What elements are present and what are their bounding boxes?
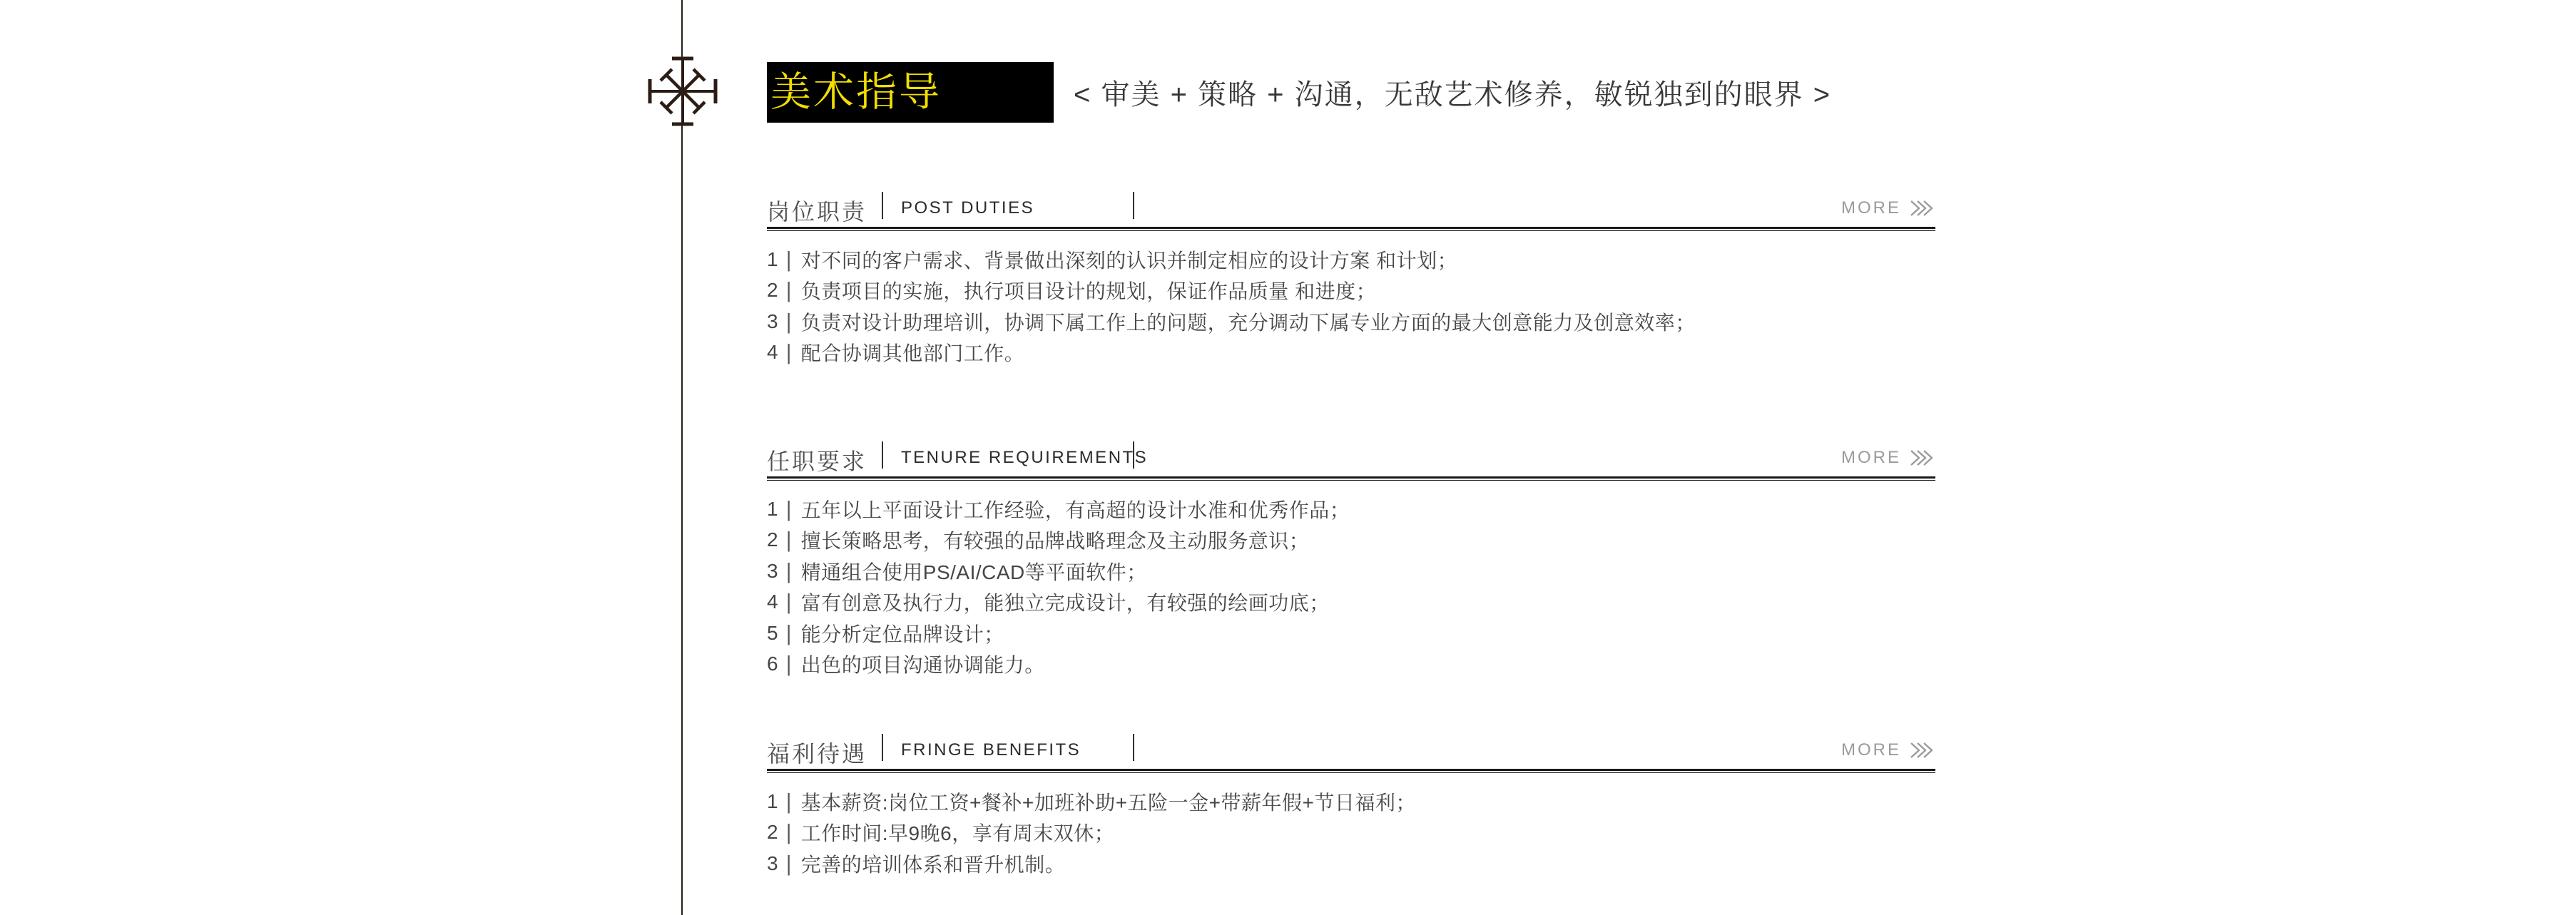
- section-divider: [767, 227, 1935, 231]
- more-link[interactable]: MORE: [1841, 198, 1938, 218]
- item-text: 精通组合使用PS/AI/CAD等平面软件；: [801, 557, 1147, 586]
- more-label: MORE: [1841, 198, 1901, 218]
- section-title-en: FRINGE BENEFITS: [901, 740, 1081, 760]
- item-text: 五年以上平面设计工作经验，有高超的设计水准和优秀作品；: [801, 495, 1350, 523]
- item-text: 负责项目的实施，执行项目设计的规划，保证作品质量 和进度；: [801, 276, 1376, 305]
- requirement-list: 1|五年以上平面设计工作经验，有高超的设计水准和优秀作品；2|擅长策略思考，有较…: [767, 494, 1943, 680]
- list-item: 1|对不同的客户需求、背景做出深刻的认识并制定相应的设计方案 和计划；: [767, 244, 1943, 275]
- section-divider: [767, 476, 1935, 481]
- item-number: 3: [767, 852, 780, 875]
- section-divider: [767, 769, 1935, 773]
- item-separator: |: [786, 309, 792, 334]
- section-header: 任职要求 TENURE REQUIREMENTS MORE: [767, 441, 1943, 476]
- item-text: 能分析定位品牌设计；: [801, 619, 1004, 648]
- section-title-en: POST DUTIES: [901, 198, 1034, 218]
- duty-list: 1|对不同的客户需求、背景做出深刻的认识并制定相应的设计方案 和计划；2|负责项…: [767, 244, 1943, 368]
- main-content: 美术指导 < 审美 + 策略 + 沟通，无敌艺术修养，敏锐独到的眼界 > 岗位职…: [767, 0, 1943, 915]
- item-text: 擅长策略思考，有较强的品牌战略理念及主动服务意识；: [801, 526, 1310, 554]
- header-divider-bar: [1133, 192, 1134, 219]
- section-header: 岗位职责 POST DUTIES MORE: [767, 191, 1943, 227]
- item-text: 工作时间:早9晚6，享有周末双休；: [801, 818, 1114, 847]
- list-item: 3|负责对设计助理培训，协调下属工作上的问题，充分调动下属专业方面的最大创意能力…: [767, 306, 1943, 337]
- item-separator: |: [786, 820, 792, 845]
- item-number: 3: [767, 310, 780, 333]
- item-text: 出色的项目沟通协调能力。: [801, 650, 1045, 678]
- list-item: 5|能分析定位品牌设计；: [767, 618, 1943, 649]
- item-separator: |: [786, 496, 792, 521]
- job-subtitle: < 审美 + 策略 + 沟通，无敌艺术修养，敏锐独到的眼界 >: [1074, 72, 1831, 113]
- item-text: 基本薪资:岗位工资+餐补+加班补助+五险一金+带薪年假+节日福利；: [801, 787, 1416, 816]
- more-link[interactable]: MORE: [1841, 740, 1938, 760]
- item-text: 富有创意及执行力，能独立完成设计，有较强的绘画功底；: [801, 588, 1330, 616]
- item-text: 对不同的客户需求、背景做出深刻的认识并制定相应的设计方案 和计划；: [801, 245, 1457, 274]
- list-item: 1|五年以上平面设计工作经验，有高超的设计水准和优秀作品；: [767, 494, 1943, 525]
- list-item: 3|完善的培训体系和晋升机制。: [767, 848, 1943, 879]
- item-separator: |: [786, 590, 792, 615]
- more-label: MORE: [1841, 740, 1901, 760]
- list-item: 6|出色的项目沟通协调能力。: [767, 649, 1943, 680]
- header-divider-bar: [1133, 734, 1134, 761]
- more-label: MORE: [1841, 448, 1901, 468]
- section-header: 福利待遇 FRINGE BENEFITS MORE: [767, 733, 1943, 769]
- item-number: 2: [767, 279, 780, 302]
- item-number: 4: [767, 341, 780, 364]
- item-separator: |: [786, 340, 792, 365]
- item-number: 4: [767, 591, 780, 613]
- section-fringe-benefits: 福利待遇 FRINGE BENEFITS MORE 1|基本薪资:: [767, 733, 1943, 769]
- section-title-en: TENURE REQUIREMENTS: [901, 448, 1148, 468]
- triple-chevron-right-icon: [1910, 199, 1938, 218]
- item-number: 5: [767, 622, 780, 645]
- job-title-header: 美术指导 < 审美 + 策略 + 沟通，无敌艺术修养，敏锐独到的眼界 >: [767, 62, 1831, 123]
- item-number: 1: [767, 248, 780, 271]
- item-separator: |: [786, 652, 792, 677]
- job-posting-page: 美术指导 < 审美 + 策略 + 沟通，无敌艺术修养，敏锐独到的眼界 > 岗位职…: [0, 0, 2576, 915]
- triple-chevron-right-icon: [1910, 741, 1938, 760]
- job-title: 美术指导: [770, 72, 942, 113]
- item-number: 1: [767, 498, 780, 521]
- item-separator: |: [786, 278, 792, 303]
- item-separator: |: [786, 247, 792, 272]
- header-divider-bar: [1133, 441, 1134, 469]
- item-separator: |: [786, 528, 792, 553]
- item-number: 2: [767, 528, 780, 551]
- header-divider-bar: [882, 192, 883, 219]
- header-divider-bar: [882, 441, 883, 469]
- section-post-duties: 岗位职责 POST DUTIES MORE 1|对不同的客户需求、: [767, 191, 1943, 227]
- item-text: 完善的培训体系和晋升机制。: [801, 849, 1066, 878]
- list-item: 2|擅长策略思考，有较强的品牌战略理念及主动服务意识；: [767, 525, 1943, 556]
- section-tenure-requirements: 任职要求 TENURE REQUIREMENTS MORE 1|五: [767, 441, 1943, 476]
- list-item: 3|精通组合使用PS/AI/CAD等平面软件；: [767, 556, 1943, 587]
- list-item: 2|工作时间:早9晚6，享有周末双休；: [767, 817, 1943, 849]
- job-title-badge: 美术指导: [767, 62, 1054, 123]
- item-text: 配合协调其他部门工作。: [801, 338, 1025, 367]
- list-item: 4|配合协调其他部门工作。: [767, 337, 1943, 369]
- more-link[interactable]: MORE: [1841, 448, 1938, 468]
- item-separator: |: [786, 851, 792, 876]
- section-title-cn: 福利待遇: [767, 736, 867, 769]
- item-separator: |: [786, 620, 792, 645]
- triple-chevron-right-icon: [1910, 449, 1938, 467]
- list-item: 2|负责项目的实施，执行项目设计的规划，保证作品质量 和进度；: [767, 275, 1943, 307]
- item-number: 3: [767, 560, 780, 583]
- item-separator: |: [786, 558, 792, 583]
- section-title-cn: 任职要求: [767, 444, 867, 476]
- header-divider-bar: [882, 734, 883, 761]
- vertical-rule: [681, 0, 683, 915]
- item-text: 负责对设计助理培训，协调下属工作上的问题，充分调动下属专业方面的最大创意能力及创…: [801, 307, 1696, 336]
- item-number: 2: [767, 821, 780, 844]
- compass-asterisk-icon: [647, 56, 718, 127]
- benefit-list: 1|基本薪资:岗位工资+餐补+加班补助+五险一金+带薪年假+节日福利；2|工作时…: [767, 786, 1943, 879]
- item-number: 1: [767, 790, 780, 813]
- item-number: 6: [767, 653, 780, 675]
- section-title-cn: 岗位职责: [767, 194, 867, 227]
- list-item: 1|基本薪资:岗位工资+餐补+加班补助+五险一金+带薪年假+节日福利；: [767, 786, 1943, 817]
- list-item: 4|富有创意及执行力，能独立完成设计，有较强的绘画功底；: [767, 587, 1943, 618]
- item-separator: |: [786, 789, 792, 814]
